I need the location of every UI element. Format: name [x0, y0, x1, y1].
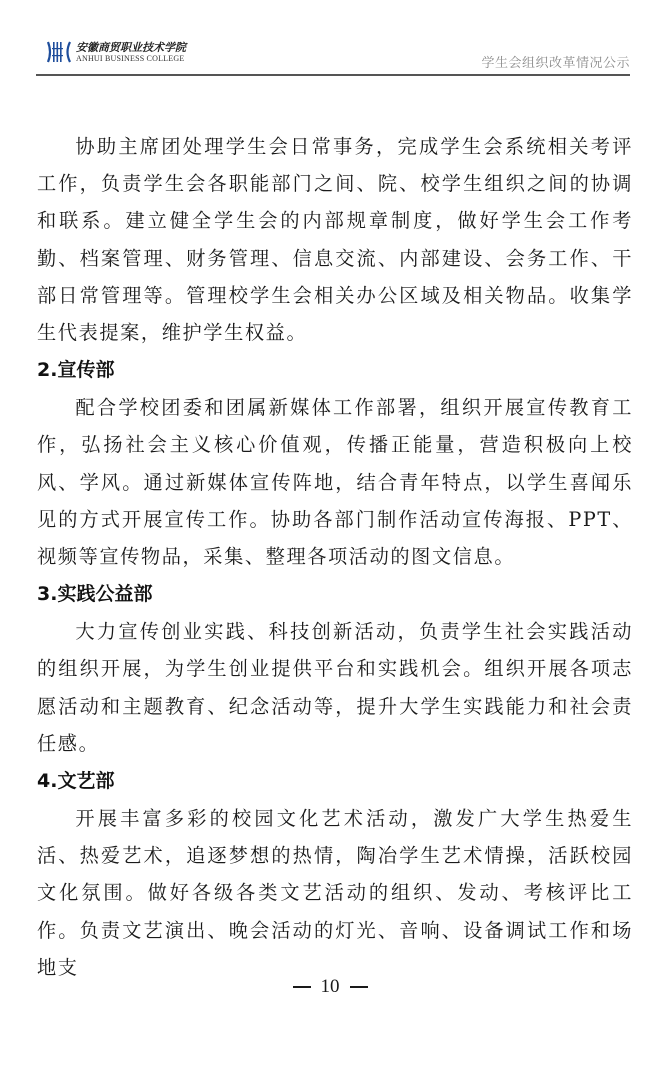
section-4-paragraph: 开展丰富多彩的校园文化艺术活动，激发广大学生热爱生活、热爱艺术，追逐梦想的热情，… — [37, 800, 633, 986]
section-3-paragraph: 大力宣传创业实践、科技创新活动，负责学生社会实践活动的组织开展，为学生创业提供平… — [37, 613, 633, 762]
section-heading-arts: 4.文艺部 — [37, 762, 633, 800]
college-logo: 安徽商贸职业技术学院 ANHUI BUSINESS COLLEGE — [46, 40, 186, 64]
page-number: 10 — [321, 976, 340, 998]
section-heading-propaganda: 2.宣传部 — [37, 351, 633, 389]
section-1-paragraph: 协助主席团处理学生会日常事务，完成学生会系统相关考评工作，负责学生会各职能部门之… — [37, 128, 633, 351]
section-2-paragraph: 配合学校团委和团属新媒体工作部署，组织开展宣传教育工作，弘扬社会主义核心价值观，… — [37, 389, 633, 575]
section-heading-practice-welfare: 3.实践公益部 — [37, 575, 633, 613]
page-header: 安徽商贸职业技术学院 ANHUI BUSINESS COLLEGE 学生会组织改… — [36, 36, 630, 76]
logo-name-cn: 安徽商贸职业技术学院 — [76, 42, 186, 53]
page-footer: 10 — [0, 976, 660, 998]
dash-left — [293, 986, 311, 988]
header-divider — [36, 74, 630, 76]
logo-name-en: ANHUI BUSINESS COLLEGE — [76, 55, 186, 63]
college-logo-icon — [46, 40, 72, 64]
document-body: 协助主席团处理学生会日常事务，完成学生会系统相关考评工作，负责学生会各职能部门之… — [37, 128, 633, 986]
dash-right — [350, 986, 368, 988]
header-title: 学生会组织改革情况公示 — [481, 52, 630, 71]
